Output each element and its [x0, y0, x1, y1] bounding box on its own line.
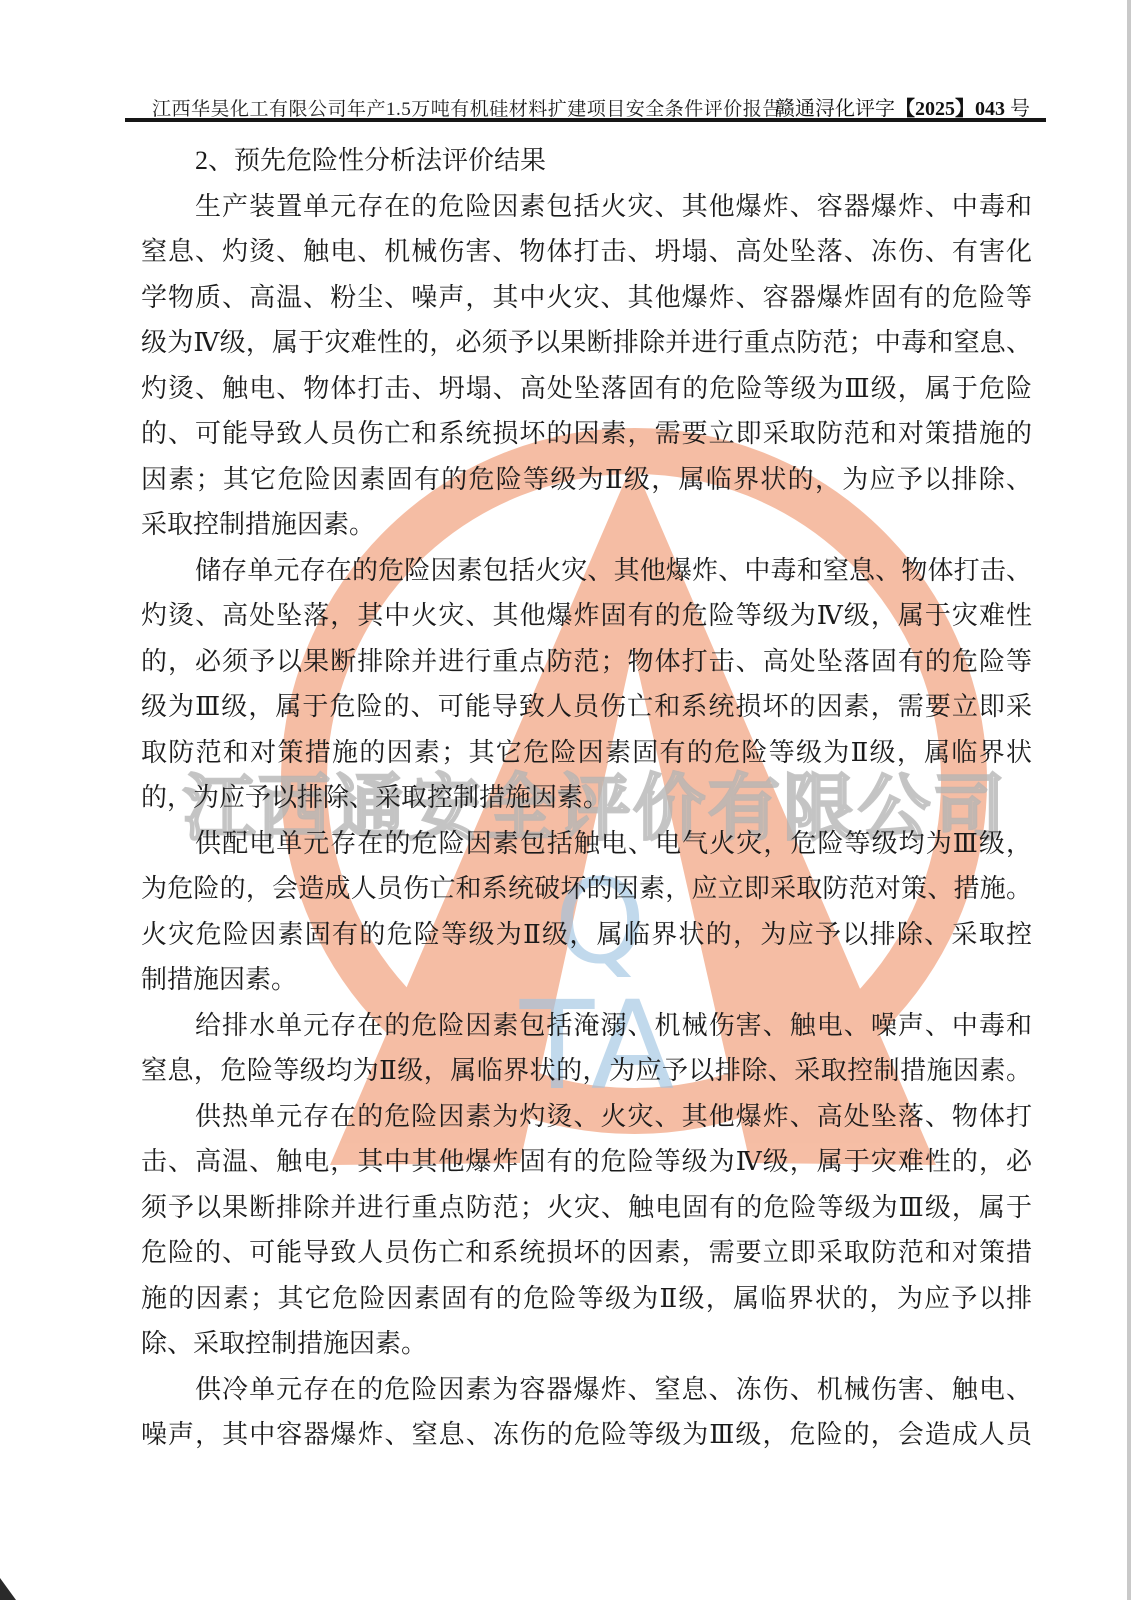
body-line: 击、高温、触电，其中其他爆炸固有的危险等级为Ⅳ级，属于灾难性的，必 — [141, 1139, 1032, 1185]
header-report-title: 江西华昊化工有限公司年产1.5万吨有机硅材料扩建项目安全条件评价报告 — [152, 94, 782, 121]
body-line: 因素；其它危险因素固有的危险等级为Ⅱ级，属临界状的，为应予以排除、 — [141, 457, 1032, 503]
scan-edge-shading — [1127, 0, 1131, 1600]
paragraph: 储存单元存在的危险因素包括火灾、其他爆炸、中毒和窒息、物体打击、灼烫、高处坠落，… — [141, 548, 1032, 821]
header-divider-line — [125, 118, 1046, 122]
body-line: 灼烫、触电、物体打击、坍塌、高处坠落固有的危险等级为Ⅲ级，属于危险 — [141, 366, 1032, 412]
body-line: 供热单元存在的危险因素为灼烫、火灾、其他爆炸、高处坠落、物体打 — [141, 1094, 1032, 1140]
doc-number-value: 【2025】043 — [895, 98, 1005, 120]
body-line: 除、采取控制措施因素。 — [141, 1321, 1032, 1367]
body-line: 窒息、灼烫、触电、机械伤害、物体打击、坍塌、高处坠落、冻伤、有害化 — [141, 229, 1032, 275]
body-line: 施的因素；其它危险因素固有的危险等级为Ⅱ级，属临界状的，为应予以排 — [141, 1276, 1032, 1322]
body-line: 须予以果断排除并进行重点防范；火灾、触电固有的危险等级为Ⅲ级，属于 — [141, 1185, 1032, 1231]
document-page: { "header": { "left_title": "江西华昊化工有限公司年… — [0, 0, 1131, 1600]
body-line: 的、可能导致人员伤亡和系统损坏的因素，需要立即采取防范和对策措施的 — [141, 411, 1032, 457]
paragraph: 生产装置单元存在的危险因素包括火灾、其他爆炸、容器爆炸、中毒和窒息、灼烫、触电、… — [141, 184, 1032, 548]
report-body-text: 2、预先危险性分析法评价结果生产装置单元存在的危险因素包括火灾、其他爆炸、容器爆… — [141, 138, 1032, 1458]
body-line: 供配电单元存在的危险因素包括触电、电气火灾，危险等级均为Ⅲ级， — [141, 821, 1032, 867]
body-line: 级为Ⅲ级，属于危险的、可能导致人员伤亡和系统损坏的因素，需要立即采 — [141, 684, 1032, 730]
paragraph: 供冷单元存在的危险因素为容器爆炸、窒息、冻伤、机械伤害、触电、噪声，其中容器爆炸… — [141, 1367, 1032, 1458]
paragraph: 2、预先危险性分析法评价结果 — [141, 138, 1032, 184]
body-line: 为危险的，会造成人员伤亡和系统破坏的因素，应立即采取防范对策、措施。 — [141, 866, 1032, 912]
paragraph: 供热单元存在的危险因素为灼烫、火灾、其他爆炸、高处坠落、物体打击、高温、触电，其… — [141, 1094, 1032, 1367]
body-line: 窒息，危险等级均为Ⅱ级，属临界状的，为应予以排除、采取控制措施因素。 — [141, 1048, 1032, 1094]
body-line: 储存单元存在的危险因素包括火灾、其他爆炸、中毒和窒息、物体打击、 — [141, 548, 1032, 594]
body-line: 学物质、高温、粉尘、噪声，其中火灾、其他爆炸、容器爆炸固有的危险等 — [141, 275, 1032, 321]
body-line: 取防范和对策措施的因素；其它危险因素固有的危险等级为Ⅱ级，属临界状 — [141, 730, 1032, 776]
paragraph: 供配电单元存在的危险因素包括触电、电气火灾，危险等级均为Ⅲ级，为危险的，会造成人… — [141, 821, 1032, 1003]
scan-corner-artifact — [0, 1578, 16, 1600]
doc-number-suffix: 号 — [1005, 98, 1030, 120]
header-document-number: 赣通浔化评字【2025】043 号 — [775, 92, 1030, 121]
body-line: 2、预先危险性分析法评价结果 — [141, 138, 1032, 184]
body-line: 给排水单元存在的危险因素包括淹溺、机械伤害、触电、噪声、中毒和 — [141, 1003, 1032, 1049]
body-line: 火灾危险因素固有的危险等级为Ⅱ级，属临界状的，为应予以排除、采取控 — [141, 912, 1032, 958]
body-line: 生产装置单元存在的危险因素包括火灾、其他爆炸、容器爆炸、中毒和 — [141, 184, 1032, 230]
paragraph: 给排水单元存在的危险因素包括淹溺、机械伤害、触电、噪声、中毒和窒息，危险等级均为… — [141, 1003, 1032, 1094]
body-line: 供冷单元存在的危险因素为容器爆炸、窒息、冻伤、机械伤害、触电、 — [141, 1367, 1032, 1413]
body-line: 危险的、可能导致人员伤亡和系统损坏的因素，需要立即采取防范和对策措 — [141, 1230, 1032, 1276]
body-line: 的，为应予以排除、采取控制措施因素。 — [141, 775, 1032, 821]
body-line: 采取控制措施因素。 — [141, 502, 1032, 548]
body-line: 灼烫、高处坠落，其中火灾、其他爆炸固有的危险等级为Ⅳ级，属于灾难性 — [141, 593, 1032, 639]
body-line: 的，必须予以果断排除并进行重点防范；物体打击、高处坠落固有的危险等 — [141, 639, 1032, 685]
body-line: 噪声，其中容器爆炸、窒息、冻伤的危险等级为Ⅲ级，危险的，会造成人员 — [141, 1412, 1032, 1458]
body-line: 级为Ⅳ级，属于灾难性的，必须予以果断排除并进行重点防范；中毒和窒息、 — [141, 320, 1032, 366]
doc-number-prefix: 赣通浔化评字 — [775, 98, 895, 120]
body-line: 制措施因素。 — [141, 957, 1032, 1003]
